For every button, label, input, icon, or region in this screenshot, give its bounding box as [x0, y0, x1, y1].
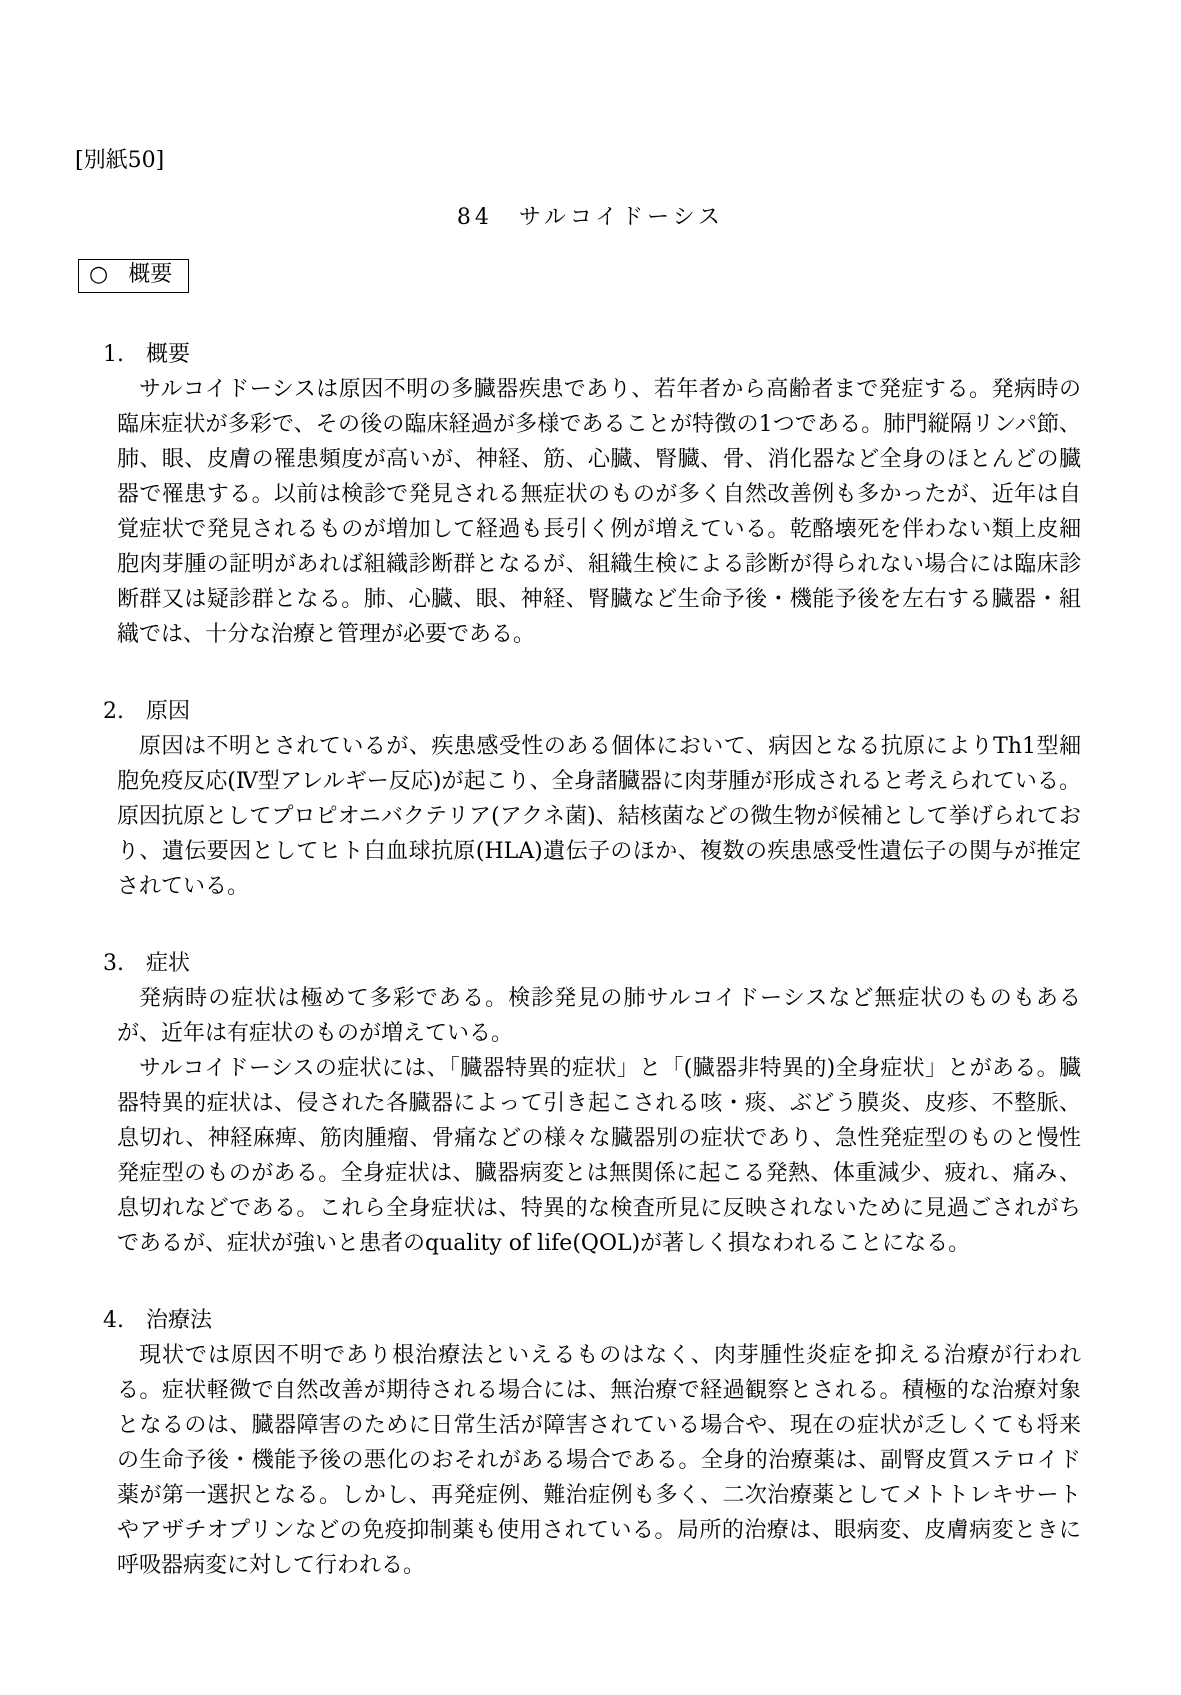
attachment-label: [別紙50] [75, 0, 1181, 178]
overview-box-label: 概要 [128, 262, 172, 287]
section-overview-heading: 1. 概要 [103, 337, 1181, 372]
section-symptoms: 3. 症状 発病時の症状は極めて多彩である。検診発見の肺サルコイドーシスなど無症… [0, 946, 1181, 1261]
section-treatment-paragraph: 現状では原因不明であり根治療法といえるものはなく、肉芽腫性炎症を抑える治療が行わ… [117, 1338, 1081, 1583]
section-cause-heading: 2. 原因 [103, 694, 1181, 729]
section-symptoms-heading: 3. 症状 [103, 946, 1181, 981]
section-cause: 2. 原因 原因は不明とされているが、疾患感受性のある個体において、病因となる抗… [0, 694, 1181, 904]
section-treatment-heading: 4. 治療法 [103, 1303, 1181, 1338]
document-title: 84 サルコイドーシス [0, 200, 1181, 235]
section-cause-paragraph: 原因は不明とされているが、疾患感受性のある個体において、病因となる抗原によりTh… [117, 729, 1081, 904]
circle-marker-icon: ○ [89, 262, 108, 287]
section-overview-paragraph: サルコイドーシスは原因不明の多臓器疾患であり、若年者から高齢者まで発症する。発病… [117, 372, 1081, 652]
section-symptoms-paragraph-1: 発病時の症状は極めて多彩である。検診発見の肺サルコイドーシスなど無症状のものもあ… [117, 981, 1081, 1051]
overview-box: ○概要 [78, 259, 189, 293]
document-page: [別紙50] 84 サルコイドーシス ○概要 1. 概要 サルコイドーシスは原因… [0, 0, 1181, 1695]
section-treatment: 4. 治療法 現状では原因不明であり根治療法といえるものはなく、肉芽腫性炎症を抑… [0, 1303, 1181, 1583]
section-symptoms-paragraph-2: サルコイドーシスの症状には、「臓器特異的症状」と「(臓器非特異的)全身症状」とが… [117, 1051, 1081, 1261]
section-overview: 1. 概要 サルコイドーシスは原因不明の多臓器疾患であり、若年者から高齢者まで発… [0, 337, 1181, 652]
